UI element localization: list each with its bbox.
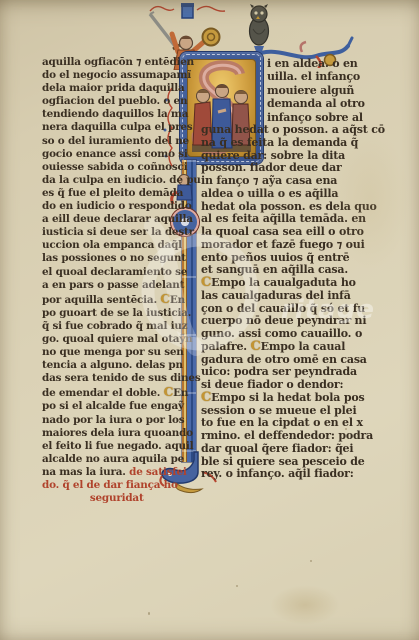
text-line: gocio enance assi como si — [42, 148, 182, 161]
body-text: po si el alcalde fue engaỹ — [42, 400, 184, 412]
body-text: es q̃ fue el pleito demāda — [42, 187, 183, 199]
body-text: go. quoal quiere mal otaỹn — [42, 333, 193, 345]
body-text: palafre. — [201, 340, 251, 353]
body-text: nado por la iura o por los — [42, 414, 184, 426]
gold-paraph-mark: C — [164, 384, 174, 399]
text-line: de emendar el doble. CEn — [42, 385, 182, 400]
body-text: la quoal casa sea eill o otro — [201, 225, 364, 238]
body-text: las possiones o no segunt — [42, 252, 186, 264]
body-text: alcalde no aura aquila pe — [42, 453, 184, 465]
body-text: na mas la iura. — [42, 466, 129, 478]
body-text: i en aldea. o en — [267, 57, 358, 70]
text-column-right: guna hedat o posson. a aq̃st cōna q̃ es … — [201, 124, 393, 481]
body-text: si deue fiador o dendor: — [201, 378, 343, 391]
text-line: rey. o infanço. aq̃il fiador: — [201, 468, 393, 481]
text-line: po si el alcalde fue engaỹ — [42, 400, 182, 413]
text-line: no que menga por su sen — [42, 346, 182, 359]
rubric-text: seguridat — [42, 492, 144, 504]
body-text: rmino. el deffendedor: podra — [201, 429, 373, 442]
text-line: ogfiacion del pueblo. o en — [42, 95, 182, 108]
body-text: uilla. el infanço — [267, 70, 360, 83]
body-text: do el negocio assumapamĩ — [42, 69, 191, 81]
text-line: das sera tenido de sus dines — [42, 372, 182, 385]
body-text: q̃ si fue cobrado q̃ mal iuz — [42, 320, 187, 332]
text-line: da la culpa en iudicio. de pu — [42, 174, 182, 187]
body-text: maiores dela iura quoando — [42, 427, 193, 439]
parchment-speck — [236, 585, 238, 587]
body-text: el quoal declaramiento se — [42, 266, 187, 278]
gold-paraph-mark: C — [160, 291, 170, 306]
text-line: seguridat — [42, 492, 182, 505]
text-line: go. quoal quiere mal otaỹn — [42, 333, 182, 346]
text-line: por aquilla sentēcia. CEn — [42, 292, 182, 307]
parchment-speck — [148, 612, 150, 615]
body-text: dar quoal q̃ere fiador: q̃ei — [201, 442, 353, 455]
text-line: do el negocio assumapamĩ — [42, 69, 182, 82]
body-text: Empo si la hedat bola pos — [211, 391, 364, 404]
body-text: po guoart de se la iusticia. — [42, 307, 191, 319]
body-text: guno. assi como cauaillo. o — [201, 327, 362, 340]
body-text: tendiendo daquillos la ma — [42, 108, 188, 120]
body-text: cuerpo nō deue peyndrar ni — [201, 314, 366, 327]
body-text: aldea o uilla o es aq̃illa — [201, 187, 338, 200]
body-text: guna hedat o posson. a aq̃st cō — [201, 123, 385, 136]
gold-paraph-mark: C — [201, 390, 211, 405]
parchment-stain — [270, 585, 340, 625]
body-text: por aquilla sentēcia. — [42, 294, 160, 306]
text-line: aquilla ogfiacōn ⁊ entēdien — [42, 56, 182, 69]
body-text: En — [173, 387, 188, 399]
body-text: tencia a alguno. delas pn — [42, 359, 183, 371]
text-line: uilla. el infanço — [267, 70, 393, 83]
text-line: es q̃ fue el pleito demāda — [42, 187, 182, 200]
text-line: tendiendo daquillos la ma — [42, 108, 182, 121]
manuscript-page: aquilla ogfiacōn ⁊ entēdiendo el negocio… — [0, 0, 419, 640]
body-text: el feito li fue negado. aquil — [42, 440, 193, 452]
body-text: ento peños uuios q̃ entrē — [201, 251, 349, 264]
text-line: el quoal declaramiento se — [42, 266, 182, 279]
body-text: hedat ola posson. es dela quo — [201, 200, 377, 213]
body-text: mouiere alguñ — [267, 84, 354, 97]
text-line: ouiesse sabida o coñnosci — [42, 161, 182, 174]
text-column-right-beside-initial: i en aldea. o enuilla. el infançomouiere… — [267, 57, 393, 124]
body-text: las caualgaduras del infā — [201, 289, 351, 302]
text-line: dela maior prida daquilla — [42, 82, 182, 95]
body-text: no que menga por su sen — [42, 346, 184, 358]
body-text: do en iudicio o respondido — [42, 200, 192, 212]
text-line: do en iudicio o respondido — [42, 200, 182, 213]
rubric-text: de satisfei — [129, 466, 187, 478]
body-text: in fanço ⁊ aỹa casa ena — [201, 174, 337, 187]
body-text: al es feita aq̃illa temāda. en — [201, 212, 366, 225]
body-text: a eill deue declarar aquilla — [42, 213, 193, 225]
body-text: session o se mueue el plei — [201, 404, 356, 417]
gold-paraph-mark: C — [201, 275, 211, 290]
body-text: so o del iuramiento del ne — [42, 135, 189, 147]
body-text: Empo la caual — [261, 340, 346, 353]
body-text: uico: podra ser peyndrada — [201, 365, 357, 378]
body-text: uccion ola empanca daq̃l — [42, 239, 182, 251]
text-line: mouiere alguñ — [267, 84, 393, 97]
gold-paraph-mark: C — [251, 339, 261, 354]
text-line: iusticia si deue ser la destr — [42, 226, 182, 239]
body-text: demanda al otro — [267, 97, 365, 110]
body-text: aquilla ogfiacōn ⁊ entēdien — [42, 56, 194, 68]
body-text: to fue en la cipdat o en el x — [201, 416, 363, 429]
body-text: nera daquilla culpa el pres — [42, 121, 192, 133]
body-text: de emendar el doble. — [42, 387, 164, 399]
body-text: En — [170, 294, 185, 306]
body-text: ble si quiere sea pesceio de — [201, 455, 365, 468]
body-text: infanço sobre al — [267, 111, 363, 124]
body-text: Empo la caualgaduta ho — [211, 276, 356, 289]
text-line: q̃ si fue cobrado q̃ mal iuz — [42, 320, 182, 333]
body-text: et sanguā en aq̃illa casa. — [201, 263, 348, 276]
text-line: el feito li fue negado. aquil — [42, 440, 182, 453]
text-line: las possiones o no segunt — [42, 252, 182, 265]
text-line: uccion ola empanca daq̃l — [42, 239, 182, 252]
text-line: a eill deue declarar aquilla — [42, 213, 182, 226]
body-text: gadura de otro omē en casa — [201, 353, 367, 366]
body-text: da la culpa en iudicio. de pu — [42, 174, 201, 186]
body-text: rey. o infanço. aq̃il fiador: — [201, 467, 354, 480]
text-line: alcalde no aura aquila pe — [42, 453, 182, 466]
body-text: ouiesse sabida o coñnosci — [42, 161, 187, 173]
text-line: tencia a alguno. delas pn — [42, 359, 182, 372]
body-text: çon o del cauaillo q̃ só et fu — [201, 302, 365, 315]
text-line: na mas la iura. de satisfei — [42, 466, 182, 479]
body-text: morador et fazē fuego ⁊ oui — [201, 238, 365, 251]
body-text: dela maior prida daquilla — [42, 82, 185, 94]
text-line: so o del iuramiento del ne — [42, 135, 182, 148]
text-line: nado por la iura o por los — [42, 414, 182, 427]
body-text: posson. fiador deue dar — [201, 161, 342, 174]
body-text: gocio enance assi como si — [42, 148, 188, 160]
text-line: demanda al otro — [267, 97, 393, 110]
text-line: maiores dela iura quoando — [42, 427, 182, 440]
body-text: na q̃ es feita la demanda q̃ — [201, 136, 358, 149]
body-text: quiere dar: sobre la dita — [201, 149, 345, 162]
body-text: das sera tenido de sus dines — [42, 372, 200, 384]
text-line: po guoart de se la iusticia. — [42, 307, 182, 320]
parchment-speck — [345, 428, 347, 430]
text-line: nera daquilla culpa el pres — [42, 121, 182, 134]
body-text: a en pars o passe adelant — [42, 279, 184, 291]
text-column-left: aquilla ogfiacōn ⁊ entēdiendo el negocio… — [42, 56, 182, 505]
body-text: iusticia si deue ser la destr — [42, 226, 194, 238]
text-line: i en aldea. o en — [267, 57, 393, 70]
body-text: ogfiacion del pueblo. o en — [42, 95, 187, 107]
rubric-text: do. q̃ el de dar fiança ho — [42, 479, 178, 491]
parchment-speck — [310, 560, 312, 562]
text-line: do. q̃ el de dar fiança ho — [42, 479, 182, 492]
